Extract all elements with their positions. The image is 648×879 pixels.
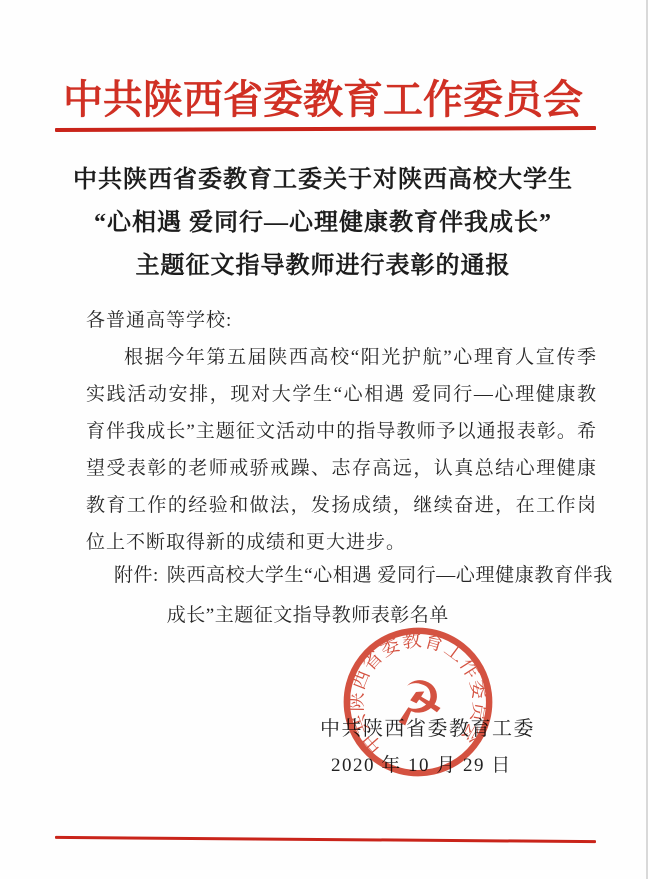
letterhead-title: 中共陕西省委教育工作委员会 (0, 68, 646, 125)
footer-rule (55, 836, 596, 843)
document-title-line-2: “心相遇 爱同行—心理健康教育伴我成长” (0, 202, 646, 245)
attachment-block: 附件: 陕西高校大学生“心相遇 爱同行—心理健康教育伴我成长”主题征文指导教师表… (114, 556, 613, 636)
document-title-line-3: 主题征文指导教师进行表彰的通报 (0, 245, 646, 288)
issuer-signature: 中共陕西省委教育工委 (320, 712, 535, 741)
salutation: 各普通高等学校: (86, 302, 597, 339)
header-rule (55, 126, 596, 132)
seal-curved-text: 中共陕西省委教育工作委员会 (337, 621, 497, 763)
document-date: 2020 年 10 月 29 日 (331, 750, 512, 777)
body-paragraph: 根据今年第五届陕西高校“阳光护航”心理育人宣传季实践活动安排，现对大学生“心相遇… (86, 339, 597, 561)
document-title: 中共陕西省委教育工委关于对陕西高校大学生 “心相遇 爱同行—心理健康教育伴我成长… (0, 159, 646, 288)
document-body: 各普通高等学校: 根据今年第五届陕西高校“阳光护航”心理育人宣传季实践活动安排，… (86, 302, 597, 561)
document-page: 中共陕西省委教育工作委员会 中共陕西省委教育工委关于对陕西高校大学生 “心相遇 … (0, 0, 648, 879)
attachment-text: 陕西高校大学生“心相遇 爱同行—心理健康教育伴我成长”主题征文指导教师表彰名单 (167, 556, 613, 636)
document-title-line-1: 中共陕西省委教育工委关于对陕西高校大学生 (0, 159, 646, 202)
attachment-label: 附件: (114, 556, 159, 596)
